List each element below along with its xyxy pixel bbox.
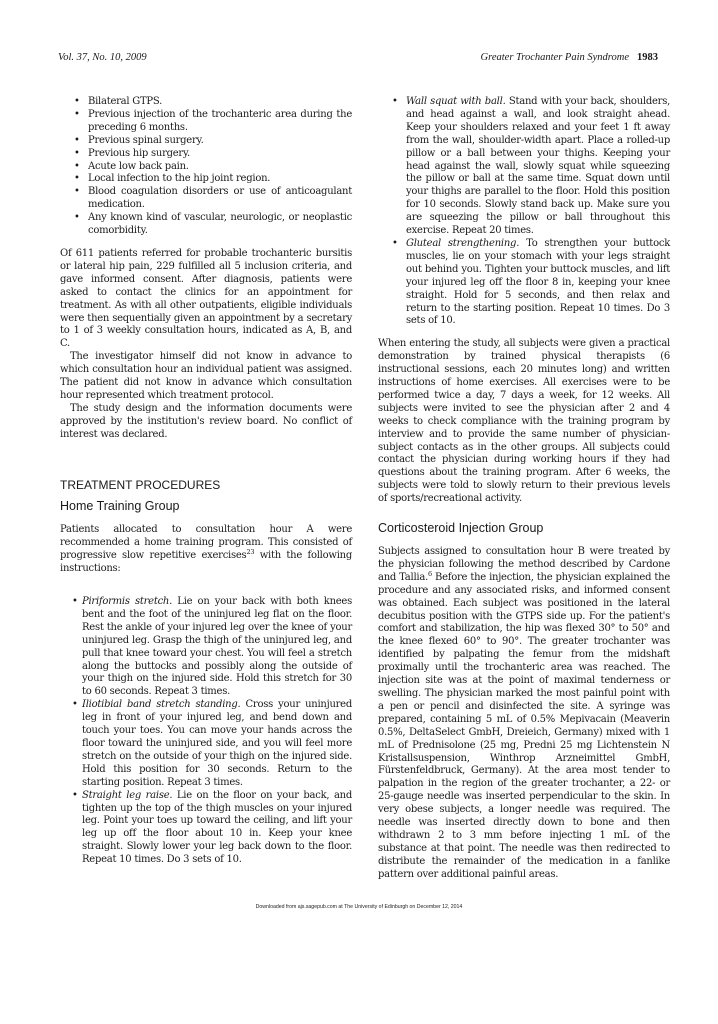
body-paragraph: When entering the study, all subjects we… [378,338,670,506]
download-notice: Downloaded from ajs.sagepub.com at The U… [0,904,718,910]
list-item: Previous injection of the trochanteric a… [74,109,352,135]
list-item: Acute low back pain. [74,161,352,174]
journal-page: Vol. 37, No. 10, 2009 Greater Trochanter… [0,0,718,1024]
subsection-heading: Corticosteroid Injection Group [378,522,670,535]
page-number: 1983 [637,52,658,63]
list-item: Bilateral GTPS. [74,96,352,109]
list-item: Previous hip surgery. [74,148,352,161]
body-paragraph: The investigator himself did not know in… [60,351,352,403]
body-paragraph: The study design and the information doc… [60,403,352,442]
body-paragraph: Subjects assigned to consultation hour B… [378,546,670,882]
list-item: Piriformis stretch. Lie on your back wit… [72,596,352,699]
list-item: Local infection to the hip joint region. [74,173,352,186]
list-item: Blood coagulation disorders or use of an… [74,186,352,212]
list-item: Iliotibial band stretch standing. Cross … [72,699,352,789]
exercise-name: Iliotibial band stretch standing [82,699,238,710]
list-item: Gluteal strengthening. To strengthen you… [392,238,670,328]
list-item: Any known kind of vascular, neurologic, … [74,212,352,238]
exclusion-criteria-list: Bilateral GTPS. Previous injection of th… [60,96,352,238]
list-item: Previous spinal surgery. [74,135,352,148]
exercise-name: Straight leg raise [82,790,169,801]
exercise-name: Gluteal strengthening [406,238,516,249]
subsection-heading: Home Training Group [60,500,352,513]
exercise-name: Wall squat with ball [406,96,503,107]
left-column: Bilateral GTPS. Previous injection of th… [60,96,352,867]
body-paragraph: Of 611 patients referred for probable tr… [60,248,352,351]
article-short-title: Greater Trochanter Pain Syndrome [481,52,629,63]
list-item: Wall squat with ball. Stand with your ba… [392,96,670,238]
running-head: Vol. 37, No. 10, 2009 Greater Trochanter… [58,52,658,68]
exercise-list: Piriformis stretch. Lie on your back wit… [60,596,352,867]
body-paragraph: Patients allocated to consultation hour … [60,524,352,576]
running-title: Greater Trochanter Pain Syndrome1983 [481,52,658,63]
list-item: Straight leg raise. Lie on the floor on … [72,790,352,867]
section-heading: TREATMENT PROCEDURES [60,479,352,492]
exercise-list: Wall squat with ball. Stand with your ba… [378,96,670,328]
journal-volume-issue: Vol. 37, No. 10, 2009 [58,52,147,63]
right-column: Wall squat with ball. Stand with your ba… [378,96,670,882]
exercise-name: Piriformis stretch [82,596,169,607]
